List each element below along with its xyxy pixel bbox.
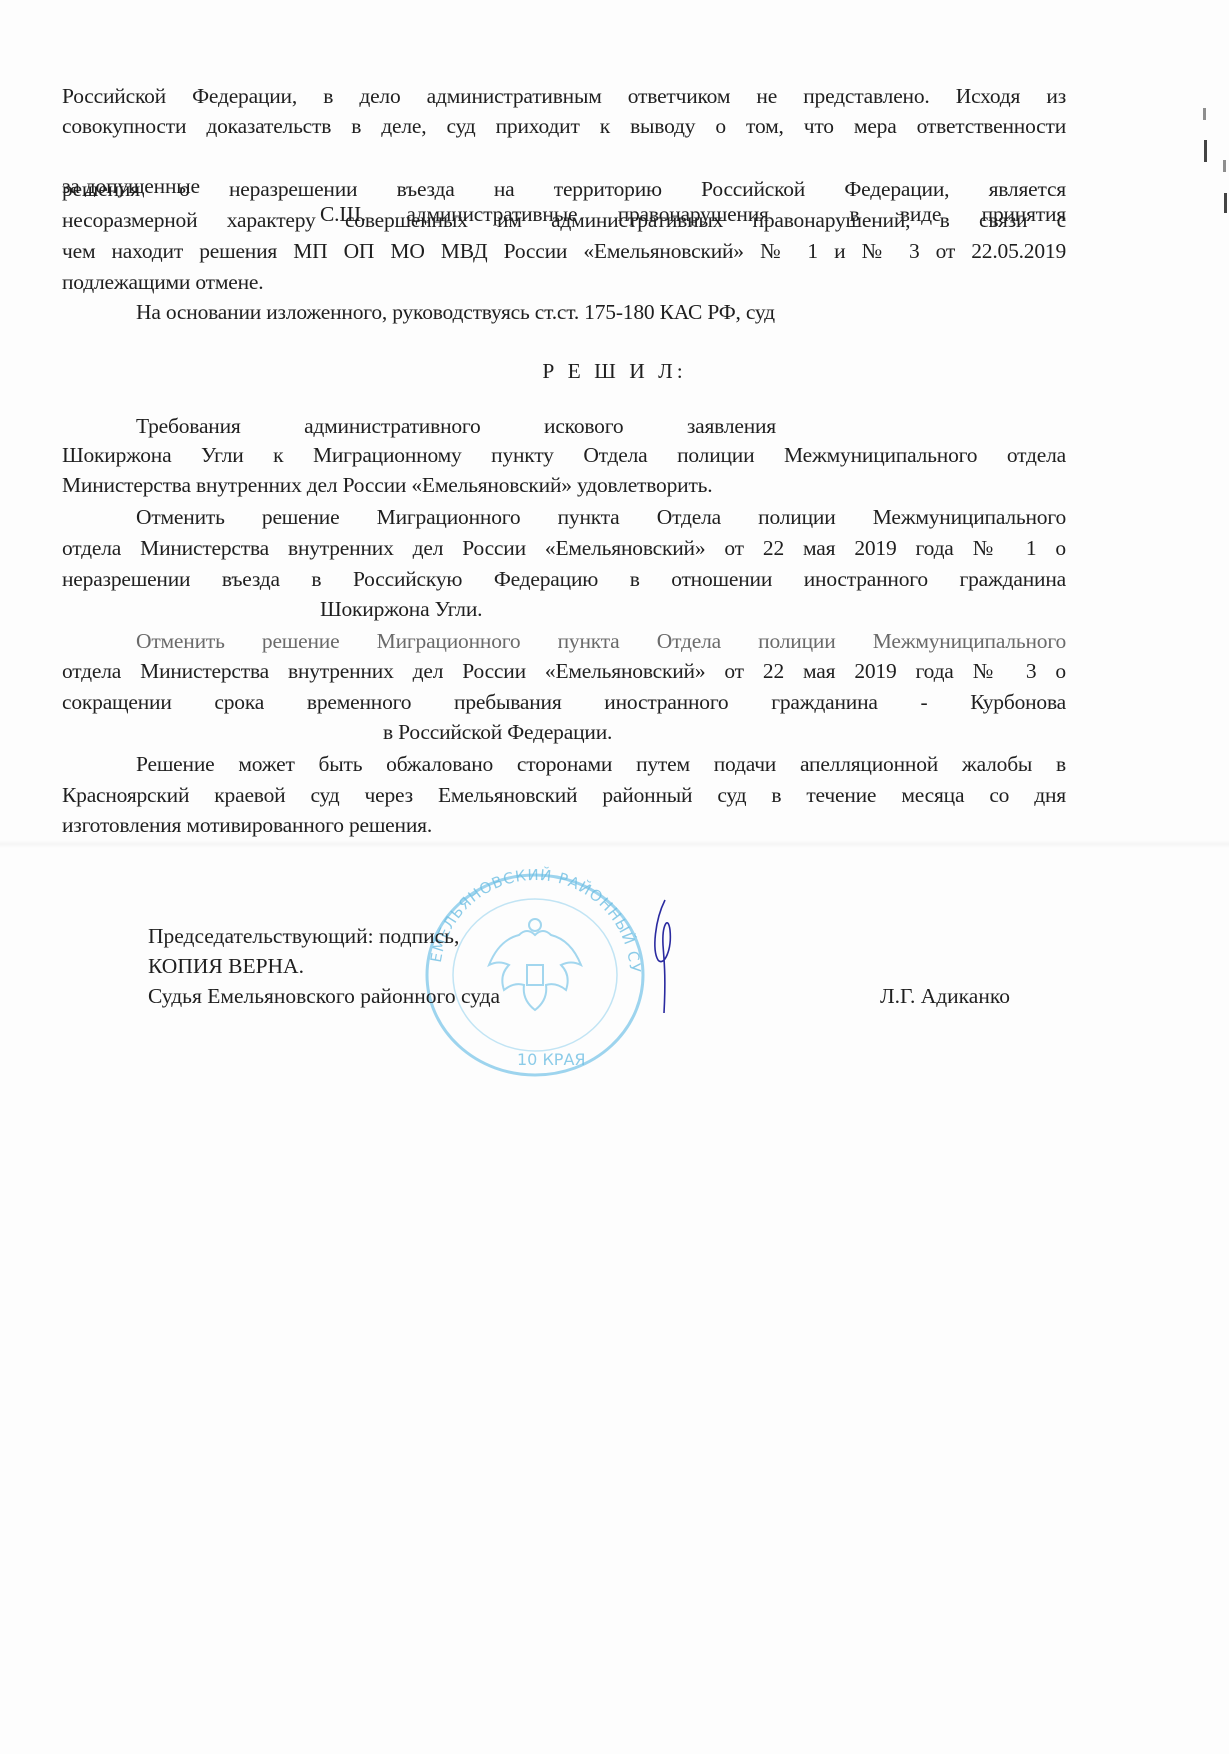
margin-mark (1223, 160, 1226, 172)
text-line: несоразмерной характеру совершенных им а… (62, 206, 1066, 234)
text-line: отдела Министерства внутренних дел Росси… (62, 534, 1066, 562)
text-line: чем находит решения МП ОП МО МВД России … (62, 237, 1066, 265)
text-line: совокупности доказательств в деле, суд п… (62, 112, 1066, 140)
text-line: Красноярский краевой суд через Емельянов… (62, 781, 1066, 809)
svg-text:10 КРАЯ: 10 КРАЯ (517, 1050, 586, 1069)
text-line: в Российской Федерации. (383, 718, 1229, 746)
text-line: подлежащими отмене. (62, 268, 1066, 296)
copy-certified-label: КОПИЯ ВЕРНА. (148, 952, 304, 980)
text-line: На основании изложенного, руководствуясь… (136, 298, 1140, 326)
paper-fold (0, 840, 1229, 848)
text-line: Решение может быть обжаловано сторонами … (136, 750, 1066, 778)
text-line: Отменить решение Миграционного пункта От… (136, 627, 1066, 655)
court-stamp-icon: ЕМЕЛЬЯНОВСКИЙ РАЙОННЫЙ СУД КРАСНОЯРСКОГО… (405, 865, 665, 1080)
document-page: Российской Федерации, в дело администрат… (0, 0, 1229, 1754)
judge-title: Судья Емельяновского районного суда (148, 982, 500, 1010)
margin-mark (1203, 108, 1206, 120)
text-line: отдела Министерства внутренних дел Росси… (62, 657, 1066, 685)
text-line: сокращении срока временного пребывания и… (62, 688, 1066, 716)
presiding-signature-label: Председательствующий: подпись, (148, 922, 459, 950)
handwritten-signature (650, 895, 680, 1015)
margin-mark (1204, 140, 1207, 162)
text-line: неразрешении въезда в Российскую Федерац… (62, 565, 1066, 593)
text-line: Отменить решение Миграционного пункта От… (136, 503, 1066, 531)
text-line: Министерства внутренних дел России «Емел… (62, 471, 1066, 499)
judge-name: Л.Г. Адиканко (880, 982, 1010, 1010)
svg-text:ЕМЕЛЬЯНОВСКИЙ РАЙОННЫЙ СУД КРА: ЕМЕЛЬЯНОВСКИЙ РАЙОННЫЙ СУД КРАСНОЯРСКОГО (405, 865, 644, 974)
text-line: Шокиржона Угли к Миграционному пункту От… (62, 441, 1066, 469)
text-line: Шокиржона Угли. (320, 595, 1229, 623)
text-line: изготовления мотивированного решения. (62, 811, 1066, 839)
decision-heading: Р Е Ш И Л: (0, 357, 1229, 385)
text-line: Российской Федерации, в дело администрат… (62, 82, 1066, 110)
text-line: Требования административного искового за… (136, 412, 776, 440)
margin-mark (1224, 193, 1227, 213)
text-line: решения о неразрешении въезда на террито… (62, 175, 1066, 203)
